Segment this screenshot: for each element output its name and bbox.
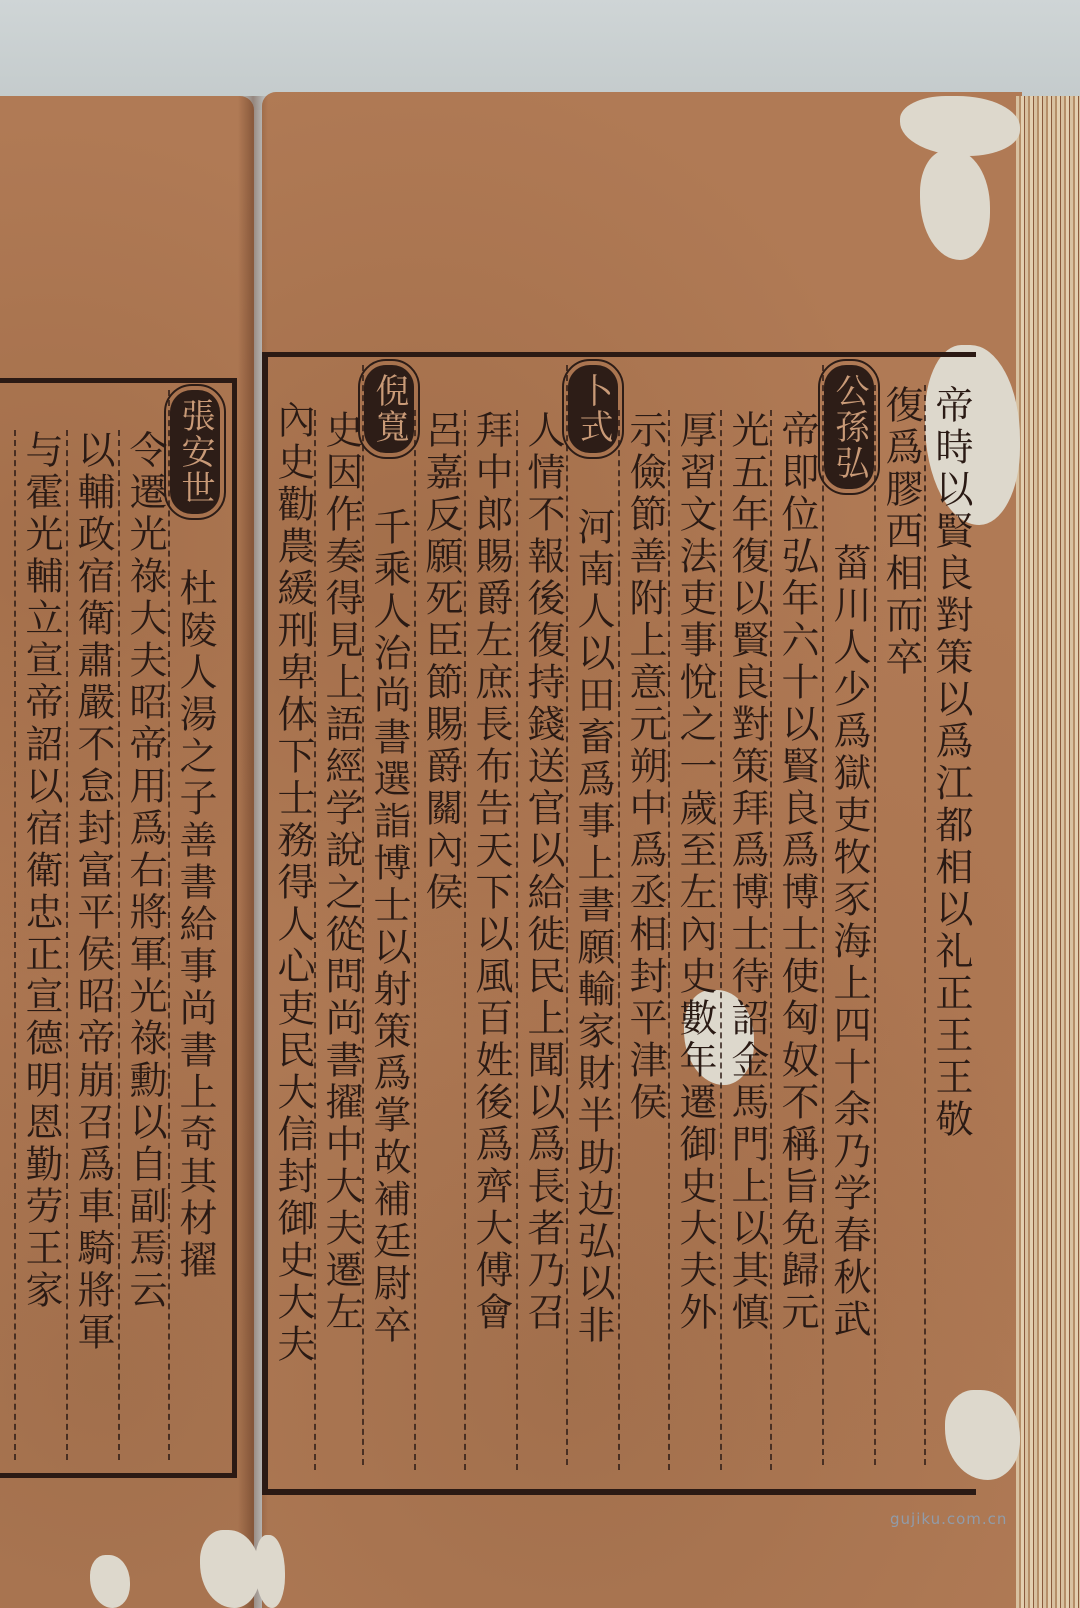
text-column: 內史勸農緩刑卑体下士務得人心吏民大信封御史大夫 — [268, 400, 318, 1470]
column-text: 呂嘉反願死臣節賜爵關內侯 — [419, 410, 463, 914]
text-column: 以輔政宿衛肅嚴不怠封富平侯昭帝崩召爲車騎將軍 — [66, 430, 118, 1460]
text-column: 公孫弘 菑川人少爲獄吏牧豕海上四十余乃学春秋武 — [822, 365, 874, 1465]
text-column: 帝即位弘年六十以賢良爲博士使匈奴不稱旨免歸元 — [770, 410, 822, 1470]
text-column: 史因作奏得見上語經学說之從問尚書擢中大夫遷左 — [314, 410, 366, 1470]
column-text: 河南人以田畜爲事上書願輸家財半助边弘以非 — [571, 507, 615, 1347]
text-column: 令遷光祿大夫昭帝用爲右將軍光祿勳以自副焉云 — [118, 430, 170, 1460]
column-text: 令遷光祿大夫昭帝用爲右將軍光祿勳以自副焉云 — [123, 430, 167, 1312]
text-column: 倪寬 千乘人治尚書選詣博士以射策爲掌故補廷尉卒 — [362, 365, 414, 1465]
page-fore-edge — [1016, 96, 1080, 1608]
text-column: 光五年復以賢良對策拜爲博士待詔金馬門上以其慎 — [720, 410, 772, 1470]
biography-heading: 公孫弘 — [824, 365, 874, 489]
column-text: 內史勸農緩刑卑体下士務得人心吏民大信封御史大夫 — [271, 400, 315, 1366]
text-column: 与霍光輔立宣帝詔以宿衛忠正宣德明恩勤劳王家 — [14, 430, 66, 1460]
column-text: 復爲膠西相而卒 — [879, 385, 923, 679]
column-text: 帝時以賢良對策以爲江都相以礼正王王敬 — [929, 385, 973, 1141]
biography-heading: 卜式 — [568, 365, 618, 453]
biography-heading: 張安世 — [170, 390, 220, 514]
column-text: 厚習文法吏事悅之一歲至左內史數年遷御史大夫外 — [673, 410, 717, 1334]
column-text: 千乘人治尚書選詣博士以射策爲掌故補廷尉卒 — [367, 507, 411, 1347]
column-text: 示儉節善附上意元朔中爲丞相封平津侯 — [623, 410, 667, 1124]
column-text: 菑川人少爲獄吏牧豕海上四十余乃学春秋武 — [827, 543, 871, 1341]
column-text: 拜中郎賜爵左庶長布告天下以風百姓後爲齊大傅會 — [469, 410, 513, 1334]
column-text: 光五年復以賢良對策拜爲博士待詔金馬門上以其慎 — [725, 410, 769, 1334]
column-text: 杜陵人湯之子善書給事尚書上奇其材擢 — [173, 568, 217, 1282]
text-column: 帝時以賢良對策以爲江都相以礼正王王敬 — [924, 385, 976, 1465]
column-text: 史因作奏得見上語經学說之從問尚書擢中大夫遷左 — [319, 410, 363, 1334]
text-column: 張安世 杜陵人湯之子善書給事尚書上奇其材擢 — [168, 390, 220, 1460]
text-column: 卜式 河南人以田畜爲事上書願輸家財半助边弘以非 — [566, 365, 618, 1465]
text-column: 示儉節善附上意元朔中爲丞相封平津侯 — [618, 410, 670, 1470]
text-column: 厚習文法吏事悅之一歲至左內史數年遷御史大夫外 — [668, 410, 720, 1470]
column-text: 与霍光輔立宣帝詔以宿衛忠正宣德明恩勤劳王家 — [19, 430, 63, 1312]
text-column: 拜中郎賜爵左庶長布告天下以風百姓後爲齊大傅會 — [464, 410, 516, 1470]
text-column: 人情不報後復持錢送官以給徙民上聞以爲長者乃召 — [516, 410, 568, 1470]
watermark: gujiku.com.cn — [890, 1510, 1007, 1528]
column-text: 帝即位弘年六十以賢良爲博士使匈奴不稱旨免歸元 — [775, 410, 819, 1334]
text-column: 復爲膠西相而卒 — [874, 385, 926, 1465]
column-text: 以輔政宿衛肅嚴不怠封富平侯昭帝崩召爲車騎將軍 — [71, 430, 115, 1354]
column-text: 人情不報後復持錢送官以給徙民上聞以爲長者乃召 — [521, 410, 565, 1334]
text-column: 呂嘉反願死臣節賜爵關內侯 — [414, 410, 466, 1470]
biography-heading: 倪寬 — [364, 365, 414, 453]
